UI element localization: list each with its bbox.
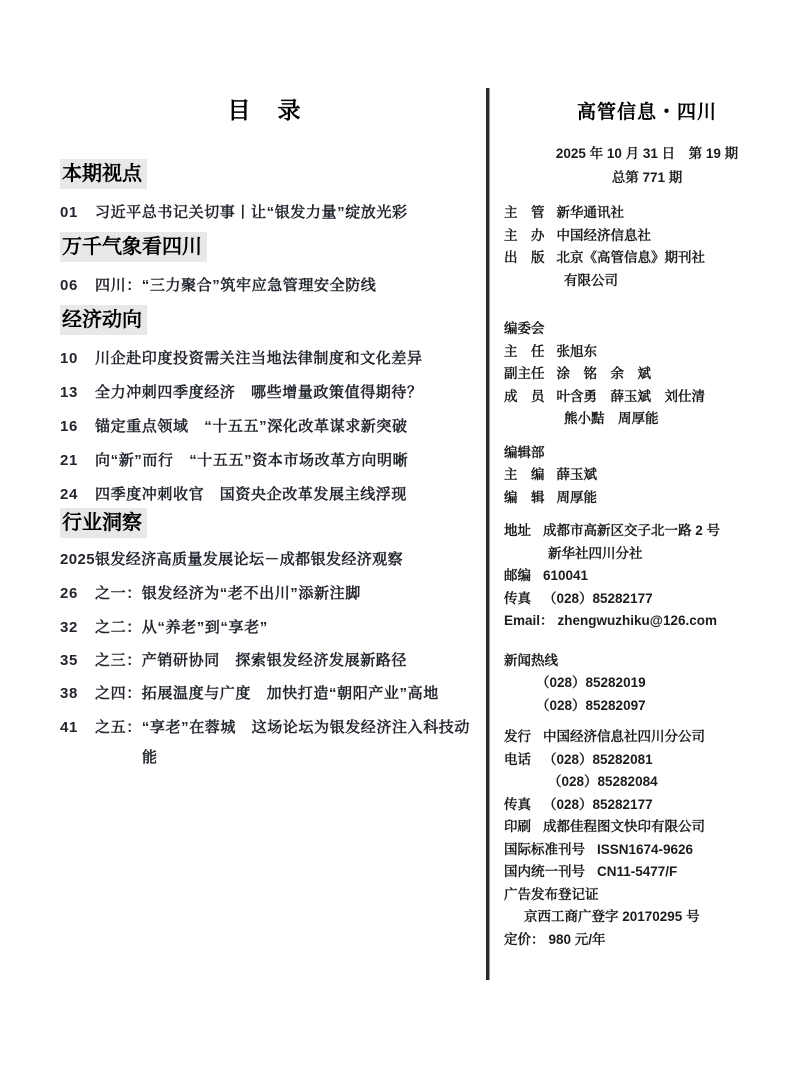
row-label: 邮编 — [504, 565, 531, 588]
toc-section-header-wanqianqixiang: 万千气象看四川 — [60, 232, 207, 262]
toc-entry: 32 之二：从“养老”到“享老” — [60, 617, 470, 639]
supervisor-row: 主 管 新华通讯社 — [504, 202, 790, 225]
row-value: 周厚能 — [557, 487, 791, 510]
toc-entry-title: 锚定重点领域 “十五五”深化改革谋求新突破 — [95, 416, 470, 438]
row-value: （028）85282177 — [543, 588, 790, 611]
toc-entry: 06 四川：“三力聚合”筑牢应急管理安全防线 — [60, 275, 470, 297]
toc-entry-title: 之二：从“养老”到“享老” — [95, 617, 470, 639]
address-row-continuation: 新华社四川分社 — [504, 543, 790, 566]
email-address: zhengwuzhiku@126.com — [558, 610, 790, 633]
contact-group: 地址 成都市高新区交子北一路 2 号 新华社四川分社 邮编 610041 传真 … — [504, 520, 790, 633]
editorial-heading: 编辑部 — [504, 442, 790, 465]
toc-entry-page: 10 — [60, 348, 95, 370]
row-value: 薛玉斌 — [557, 464, 791, 487]
distribution-fax-row: 传真 （028）85282177 — [504, 794, 790, 817]
row-value: （028）85282081 — [543, 749, 790, 772]
row-label: 发行 — [504, 726, 531, 749]
toc-entry-page: 26 — [60, 583, 95, 605]
price-row: 定价： 980 元/年 — [504, 929, 790, 952]
toc-entry-title: 全力冲刺四季度经济 哪些增量政策值得期待？ — [95, 382, 470, 404]
row-value: ISSN1674-9626 — [597, 839, 790, 862]
toc-entry-title: 四川：“三力聚合”筑牢应急管理安全防线 — [95, 275, 470, 297]
address-row: 地址 成都市高新区交子北一路 2 号 — [504, 520, 790, 543]
toc-entry: 26 之一：银发经济为“老不出川”添新注脚 — [60, 583, 470, 605]
toc-column: 目 录 本期视点 01 习近平总书记关切事丨让“银发力量”绽放光彩 万千气象看四… — [60, 95, 470, 773]
postcode-row: 邮编 610041 — [504, 565, 790, 588]
row-label: 印刷 — [504, 816, 531, 839]
masthead-title: 高管信息・四川 — [504, 100, 790, 126]
magazine-toc-page: 目 录 本期视点 01 习近平总书记关切事丨让“银发力量”绽放光彩 万千气象看四… — [0, 0, 800, 1089]
row-value: CN11-5477/F — [597, 861, 790, 884]
committee-director-row: 主 任 张旭东 — [504, 341, 790, 364]
row-label: Email： — [504, 610, 554, 633]
publisher-group: 主 管 新华通讯社 主 办 中国经济信息社 出 版 北京《高管信息》期刊社 有限… — [504, 202, 790, 292]
toc-section-header-hangyedongcha: 行业洞察 — [60, 508, 147, 538]
toc-entry: 01 习近平总书记关切事丨让“银发力量”绽放光彩 — [60, 202, 470, 224]
toc-entry: 24 四季度冲刺收官 国资央企改革发展主线浮现 — [60, 484, 470, 506]
row-value: 成都佳程图文快印有限公司 — [543, 816, 790, 839]
toc-entry-page: 13 — [60, 382, 95, 404]
row-value: 张旭东 — [557, 341, 791, 364]
row-value: 610041 — [543, 565, 790, 588]
toc-entry: 10 川企赴印度投资需关注当地法律制度和文化差异 — [60, 348, 470, 370]
toc-entry-page: 06 — [60, 275, 95, 297]
editorial-group: 编辑部 主 编 薛玉斌 编 辑 周厚能 — [504, 442, 790, 510]
issuer-row: 发行 中国经济信息社四川分公司 — [504, 726, 790, 749]
row-value: 新华通讯社 — [557, 202, 791, 225]
chief-editor-row: 主 编 薛玉斌 — [504, 464, 790, 487]
row-value: 北京《高管信息》期刊社 — [557, 247, 791, 270]
toc-title: 目 录 — [60, 95, 470, 125]
toc-entry-title: 之一：银发经济为“老不出川”添新注脚 — [95, 583, 470, 605]
row-label: 编 辑 — [504, 487, 545, 510]
toc-entry-title: 之三：产销研协同 探索银发经济发展新路径 — [95, 650, 470, 672]
row-value: 中国经济信息社 — [557, 225, 791, 248]
masthead-column: 高管信息・四川 2025 年 10 月 31 日 第 19 期 总第 771 期… — [504, 100, 790, 951]
toc-entry: 38 之四：拓展温度与广度 加快打造“朝阳产业”高地 — [60, 683, 470, 705]
email-row: Email： zhengwuzhiku@126.com — [504, 610, 790, 633]
toc-entry: 13 全力冲刺四季度经济 哪些增量政策值得期待？ — [60, 382, 470, 404]
row-label: 传真 — [504, 588, 531, 611]
editor-row: 编 辑 周厚能 — [504, 487, 790, 510]
issn-row: 国际标准刊号 ISSN1674-9626 — [504, 839, 790, 862]
row-label: 定价： — [504, 929, 545, 952]
row-value: 成都市高新区交子北一路 2 号 — [543, 520, 790, 543]
hotline-group: 新闻热线 （028）85282019 （028）85282097 — [504, 650, 790, 718]
toc-entry-page: 24 — [60, 484, 95, 506]
row-label: 国内统一刊号 — [504, 861, 585, 884]
toc-entry: 16 锚定重点领域 “十五五”深化改革谋求新突破 — [60, 416, 470, 438]
row-label: 出 版 — [504, 247, 545, 270]
hotline-number: （028）85282097 — [504, 695, 790, 718]
toc-forum-subtitle: 2025银发经济高质量发展论坛－成都银发经济观察 — [60, 549, 470, 571]
toc-entry-title: 之四：拓展温度与广度 加快打造“朝阳产业”高地 — [95, 683, 470, 705]
ad-license-label: 广告发布登记证 — [504, 884, 790, 907]
row-label: 主 编 — [504, 464, 545, 487]
hotline-number: （028）85282019 — [504, 672, 790, 695]
committee-members-row: 成 员 叶含勇 薛玉斌 刘仕清 — [504, 386, 790, 409]
masthead-date-issue: 2025 年 10 月 31 日 第 19 期 — [504, 144, 790, 164]
publisher-row: 出 版 北京《高管信息》期刊社 — [504, 247, 790, 270]
toc-entry-page: 16 — [60, 416, 95, 438]
phone-row: 电话 （028）85282081 — [504, 749, 790, 772]
masthead-cumulative-issue: 总第 771 期 — [504, 168, 790, 188]
column-divider-rule — [486, 88, 490, 980]
ad-license-number: 京西工商广登字 20170295 号 — [504, 906, 790, 929]
phone-row-continuation: （028）85282084 — [504, 771, 790, 794]
fax-row: 传真 （028）85282177 — [504, 588, 790, 611]
toc-entry-title: 向“新”而行 “十五五”资本市场改革方向明晰 — [95, 450, 470, 472]
toc-entry-page: 01 — [60, 202, 95, 224]
publisher-row-continuation: 有限公司 — [504, 270, 790, 293]
toc-entry: 35 之三：产销研协同 探索银发经济发展新路径 — [60, 650, 470, 672]
toc-section-header-benqishidian: 本期视点 — [60, 159, 147, 189]
row-value: 叶含勇 薛玉斌 刘仕清 — [557, 386, 791, 409]
distribution-group: 发行 中国经济信息社四川分公司 电话 （028）85282081 （028）85… — [504, 726, 790, 951]
row-label: 副主任 — [504, 363, 545, 386]
row-label: 地址 — [504, 520, 531, 543]
row-label: 传真 — [504, 794, 531, 817]
toc-entry-page: 41 — [60, 713, 95, 773]
row-value: 980 元/年 — [549, 929, 791, 952]
row-value: 中国经济信息社四川分公司 — [543, 726, 790, 749]
row-label: 成 员 — [504, 386, 545, 409]
hotline-heading: 新闻热线 — [504, 650, 790, 673]
committee-group: 编委会 主 任 张旭东 副主任 涂 铭 余 斌 成 员 叶含勇 薛玉斌 刘仕清 … — [504, 318, 790, 431]
printer-row: 印刷 成都佳程图文快印有限公司 — [504, 816, 790, 839]
toc-section-header-jingjidongxiang: 经济动向 — [60, 305, 147, 335]
row-label: 电话 — [504, 749, 531, 772]
cn-number-row: 国内统一刊号 CN11-5477/F — [504, 861, 790, 884]
toc-entry-page: 21 — [60, 450, 95, 472]
row-label: 主 办 — [504, 225, 545, 248]
row-value: （028）85282177 — [543, 794, 790, 817]
toc-entry-page: 35 — [60, 650, 95, 672]
toc-entry-title: 习近平总书记关切事丨让“银发力量”绽放光彩 — [95, 202, 470, 224]
toc-entry-page: 38 — [60, 683, 95, 705]
row-label: 主 管 — [504, 202, 545, 225]
row-label: 主 任 — [504, 341, 545, 364]
row-label: 国际标准刊号 — [504, 839, 585, 862]
organizer-row: 主 办 中国经济信息社 — [504, 225, 790, 248]
toc-entry: 21 向“新”而行 “十五五”资本市场改革方向明晰 — [60, 450, 470, 472]
toc-entry: 41 之五：“享老”在蓉城 这场论坛为银发经济注入科技动能 — [60, 713, 470, 773]
committee-heading: 编委会 — [504, 318, 790, 341]
committee-deputy-row: 副主任 涂 铭 余 斌 — [504, 363, 790, 386]
toc-entry-title: 四季度冲刺收官 国资央企改革发展主线浮现 — [95, 484, 470, 506]
committee-members-continuation: 熊小黠 周厚能 — [504, 408, 790, 431]
row-value: 涂 铭 余 斌 — [557, 363, 791, 386]
toc-entry-title: 之五：“享老”在蓉城 这场论坛为银发经济注入科技动能 — [95, 713, 470, 773]
toc-entry-title: 川企赴印度投资需关注当地法律制度和文化差异 — [95, 348, 470, 370]
toc-entry-page: 32 — [60, 617, 95, 639]
